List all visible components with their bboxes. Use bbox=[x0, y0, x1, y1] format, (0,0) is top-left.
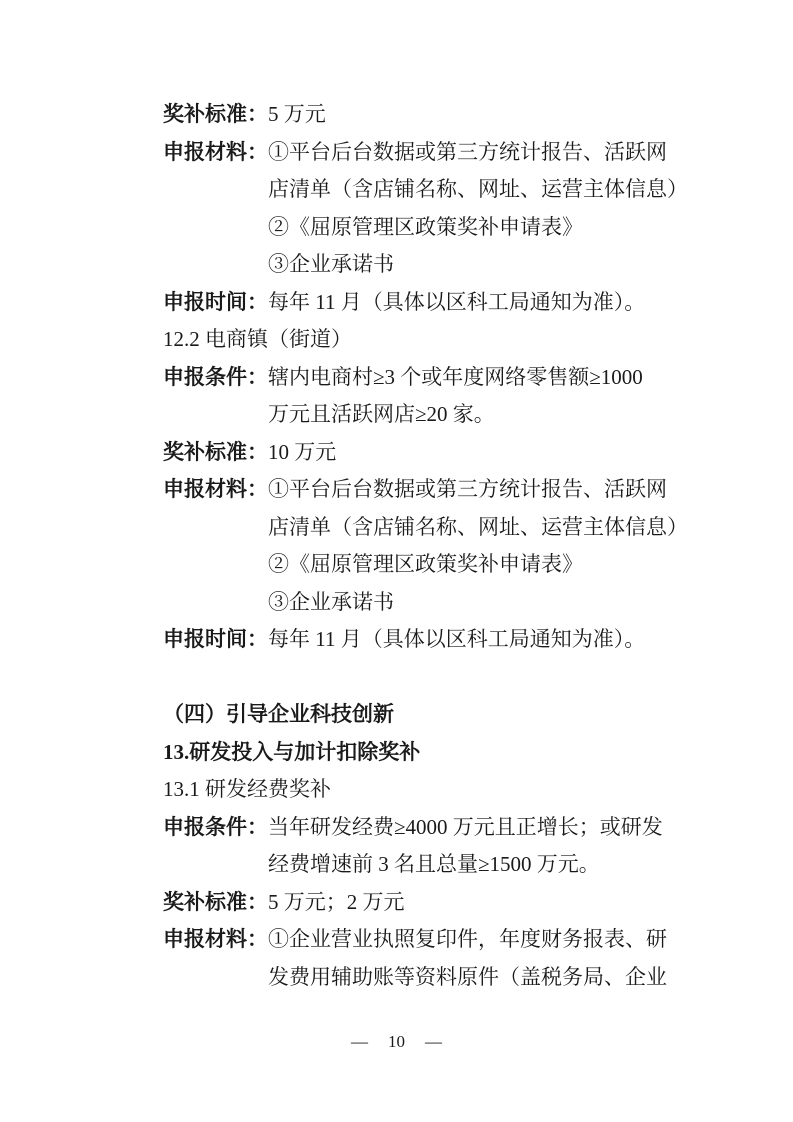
field-label: 申报材料： bbox=[163, 134, 268, 172]
field-label: 申报材料： bbox=[163, 471, 268, 509]
text-line: ①企业营业执照复印件，年度财务报表、研 bbox=[268, 921, 684, 959]
labeled-row: 申报时间：每年 11 月（具体以区科工局通知为准）。 bbox=[163, 621, 684, 659]
text-line: ③企业承诺书 bbox=[268, 246, 688, 284]
labeled-row: 奖补标准：10 万元 bbox=[163, 434, 684, 472]
field-label: 申报时间： bbox=[163, 284, 268, 322]
text-line: ②《屈原管理区政策奖补申请表》 bbox=[268, 546, 688, 584]
document-page: 奖补标准：5 万元申报材料：①平台后台数据或第三方统计报告、活跃网店清单（含店铺… bbox=[0, 0, 793, 1122]
field-content: ①平台后台数据或第三方统计报告、活跃网店清单（含店铺名称、网址、运营主体信息）②… bbox=[268, 134, 688, 284]
paragraph-spacer bbox=[163, 659, 684, 697]
field-content: 5 万元；2 万元 bbox=[268, 884, 684, 922]
text-line: 5 万元；2 万元 bbox=[268, 884, 684, 922]
heading-row: 13.研发投入与加计扣除奖补 bbox=[163, 734, 684, 772]
text-line: 经费增速前 3 名且总量≥1500 万元。 bbox=[268, 846, 684, 884]
text-line: 店清单（含店铺名称、网址、运营主体信息） bbox=[268, 509, 688, 547]
labeled-row: 申报条件：当年研发经费≥4000 万元且正增长；或研发经费增速前 3 名且总量≥… bbox=[163, 809, 684, 884]
field-label: 申报条件： bbox=[163, 359, 268, 397]
field-label: 申报时间： bbox=[163, 621, 268, 659]
text-line: 当年研发经费≥4000 万元且正增长；或研发 bbox=[268, 809, 684, 847]
field-content: 每年 11 月（具体以区科工局通知为准）。 bbox=[268, 284, 684, 322]
text-line: ③企业承诺书 bbox=[268, 584, 688, 622]
field-label: 奖补标准： bbox=[163, 96, 268, 134]
labeled-row: 奖补标准：5 万元 bbox=[163, 96, 684, 134]
field-content: ①平台后台数据或第三方统计报告、活跃网店清单（含店铺名称、网址、运营主体信息）②… bbox=[268, 471, 688, 621]
field-content: 当年研发经费≥4000 万元且正增长；或研发经费增速前 3 名且总量≥1500 … bbox=[268, 809, 684, 884]
text-row: 13.1 研发经费奖补 bbox=[163, 771, 684, 809]
text-line: 发费用辅助账等资料原件（盖税务局、企业 bbox=[268, 959, 684, 997]
field-label: 申报材料： bbox=[163, 921, 268, 959]
page-number: 10 bbox=[388, 1032, 405, 1051]
field-content: 辖内电商村≥3 个或年度网络零售额≥1000万元且活跃网店≥20 家。 bbox=[268, 359, 684, 434]
text-line: 万元且活跃网店≥20 家。 bbox=[268, 396, 684, 434]
text-line: 店清单（含店铺名称、网址、运营主体信息） bbox=[268, 171, 688, 209]
text-line: 每年 11 月（具体以区科工局通知为准）。 bbox=[268, 621, 684, 659]
text-line: ①平台后台数据或第三方统计报告、活跃网 bbox=[268, 471, 688, 509]
text-line: ①平台后台数据或第三方统计报告、活跃网 bbox=[268, 134, 688, 172]
labeled-row: 申报时间：每年 11 月（具体以区科工局通知为准）。 bbox=[163, 284, 684, 322]
field-label: 奖补标准： bbox=[163, 884, 268, 922]
labeled-row: 奖补标准：5 万元；2 万元 bbox=[163, 884, 684, 922]
field-content: ①企业营业执照复印件，年度财务报表、研发费用辅助账等资料原件（盖税务局、企业 bbox=[268, 921, 684, 996]
field-content: 5 万元 bbox=[268, 96, 684, 134]
page-footer: —10— bbox=[0, 1030, 793, 1054]
labeled-row: 申报材料：①企业营业执照复印件，年度财务报表、研发费用辅助账等资料原件（盖税务局… bbox=[163, 921, 684, 996]
text-line: 每年 11 月（具体以区科工局通知为准）。 bbox=[268, 284, 684, 322]
labeled-row: 申报材料：①平台后台数据或第三方统计报告、活跃网店清单（含店铺名称、网址、运营主… bbox=[163, 134, 684, 284]
text-line: ②《屈原管理区政策奖补申请表》 bbox=[268, 209, 688, 247]
field-label: 申报条件： bbox=[163, 809, 268, 847]
heading-row: （四）引导企业科技创新 bbox=[163, 696, 684, 734]
text-line: 5 万元 bbox=[268, 96, 684, 134]
text-row: 12.2 电商镇（街道） bbox=[163, 321, 684, 359]
text-line: 辖内电商村≥3 个或年度网络零售额≥1000 bbox=[268, 359, 684, 397]
field-label: 奖补标准： bbox=[163, 434, 268, 472]
field-content: 10 万元 bbox=[268, 434, 684, 472]
labeled-row: 申报条件：辖内电商村≥3 个或年度网络零售额≥1000万元且活跃网店≥20 家。 bbox=[163, 359, 684, 434]
labeled-row: 申报材料：①平台后台数据或第三方统计报告、活跃网店清单（含店铺名称、网址、运营主… bbox=[163, 471, 684, 621]
field-content: 每年 11 月（具体以区科工局通知为准）。 bbox=[268, 621, 684, 659]
footer-dash-left: — bbox=[351, 1032, 368, 1051]
document-body: 奖补标准：5 万元申报材料：①平台后台数据或第三方统计报告、活跃网店清单（含店铺… bbox=[163, 96, 684, 996]
text-line: 10 万元 bbox=[268, 434, 684, 472]
footer-dash-right: — bbox=[425, 1032, 442, 1051]
